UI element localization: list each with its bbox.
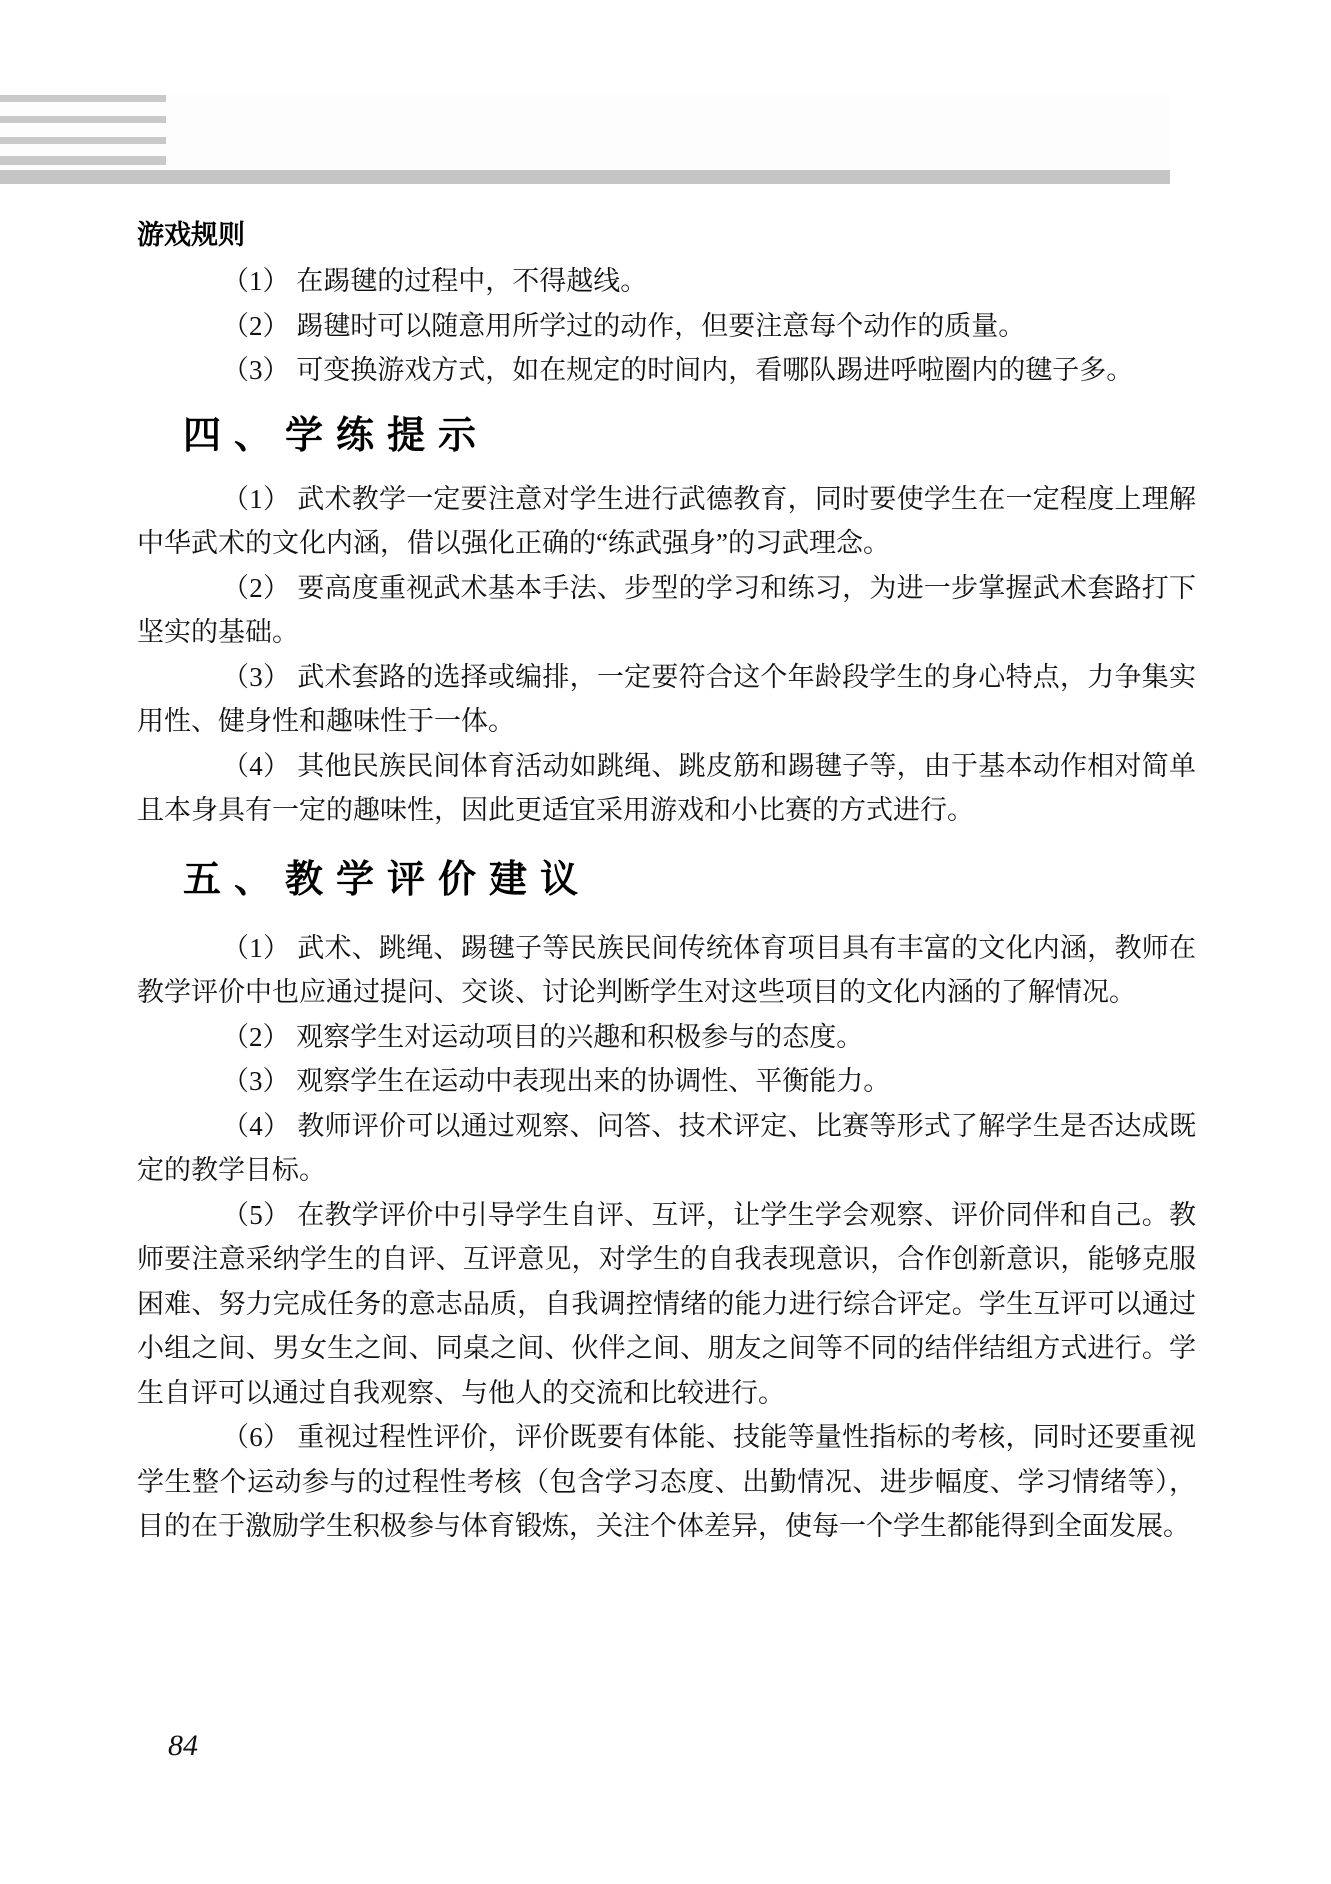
game-rule-item-1: （1） 在踢毽的过程中，不得越线。 — [137, 259, 1196, 304]
section-5-paragraph-6: （6） 重视过程性评价，评价既要有体能、技能等量性指标的考核，同时还要重视学生整… — [137, 1415, 1196, 1549]
page-number: 84 — [168, 1728, 198, 1764]
section-5-paragraph-3: （3） 观察学生在运动中表现出来的协调性、平衡能力。 — [137, 1059, 1196, 1104]
game-rule-item-3: （3） 可变换游戏方式，如在规定的时间内，看哪队踢进呼啦圈内的毽子多。 — [137, 348, 1196, 393]
header-stripe-4 — [0, 156, 166, 165]
page-content: 游戏规则 （1） 在踢毽的过程中，不得越线。 （2） 踢毽时可以随意用所学过的动… — [137, 218, 1196, 1549]
game-rules-title: 游戏规则 — [137, 218, 1196, 252]
header-stripe-3 — [0, 137, 166, 144]
book-page: 游戏规则 （1） 在踢毽的过程中，不得越线。 （2） 踢毽时可以随意用所学过的动… — [0, 0, 1331, 1884]
header-band — [0, 170, 1170, 184]
header-panel — [0, 95, 1170, 171]
section-5-heading: 五、教学评价建议 — [183, 855, 1196, 905]
game-rule-item-2: （2） 踢毽时可以随意用所学过的动作，但要注意每个动作的质量。 — [137, 304, 1196, 349]
section-5-paragraph-5: （5） 在教学评价中引导学生自评、互评，让学生学会观察、评价同伴和自己。教师要注… — [137, 1193, 1196, 1416]
section-4-heading: 四、学练提示 — [183, 411, 1196, 461]
section-4-paragraph-4: （4） 其他民族民间体育活动如跳绳、跳皮筋和踢毽子等，由于基本动作相对简单且本身… — [137, 744, 1196, 833]
section-5-paragraph-1: （1） 武术、跳绳、踢毽子等民族民间传统体育项目具有丰富的文化内涵，教师在教学评… — [137, 926, 1196, 1015]
section-4-paragraph-3: （3） 武术套路的选择或编排，一定要符合这个年龄段学生的身心特点，力争集实用性、… — [137, 655, 1196, 744]
header-stripe-1 — [0, 95, 166, 102]
section-4-paragraph-2: （2） 要高度重视武术基本手法、步型的学习和练习，为进一步掌握武术套路打下坚实的… — [137, 566, 1196, 655]
section-5-paragraph-4: （4） 教师评价可以通过观察、问答、技术评定、比赛等形式了解学生是否达成既定的教… — [137, 1104, 1196, 1193]
section-5-paragraph-2: （2） 观察学生对运动项目的兴趣和积极参与的态度。 — [137, 1015, 1196, 1060]
section-4-paragraph-1: （1） 武术教学一定要注意对学生进行武德教育，同时要使学生在一定程度上理解中华武… — [137, 477, 1196, 566]
header-stripe-2 — [0, 116, 166, 123]
